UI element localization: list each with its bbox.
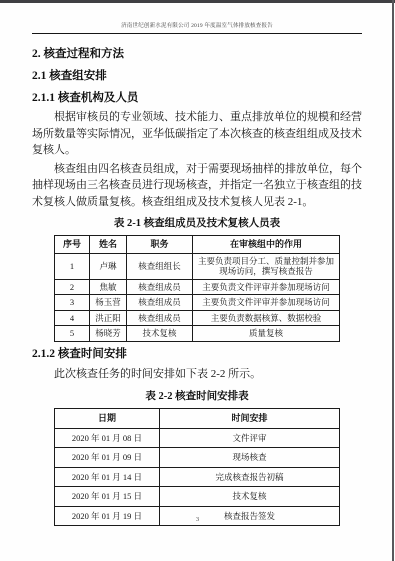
table-header-cell: 日期 [55, 409, 160, 429]
table-header-cell: 序号 [55, 236, 90, 254]
table-cell: 2 [55, 279, 90, 295]
table-cell: 杨晓芳 [90, 326, 127, 342]
table-cell: 主要负责项目分工、质量控制并参加现场访问，撰写核查报告 [193, 253, 340, 279]
table-cell: 杨玉营 [90, 295, 127, 311]
schedule-table: 日期时间安排 2020 年 01 月 08 日文件评审2020 年 01 月 0… [54, 408, 340, 526]
table-cell: 技术复核 [160, 487, 340, 507]
table-cell: 现场核查 [160, 448, 340, 468]
table-cell: 洪正阳 [90, 310, 127, 326]
table-row: 2020 年 01 月 14 日完成核查报告初稿 [55, 467, 340, 487]
table-cell: 核查组成员 [127, 295, 193, 311]
table-cell: 主要负责文件评审并参加现场访问 [193, 295, 340, 311]
table-cell: 4 [55, 310, 90, 326]
heading-section-2: 2. 核查过程和方法 [32, 48, 362, 60]
table-cell: 5 [55, 326, 90, 342]
running-header: 济南世纪创新水泥有限公司 2019 年度温室气体排放核查报告 [32, 21, 362, 29]
table-cell: 完成核查报告初稿 [160, 467, 340, 487]
table-cell: 核查组成员 [127, 310, 193, 326]
table-cell: 1 [55, 253, 90, 279]
paragraph-team-basis: 根据审核员的专业领域、技术能力、重点排放单位的规模和经营场所数量等实际情况，亚华… [32, 109, 362, 159]
table-header-cell: 时间安排 [160, 409, 340, 429]
table-cell: 3 [55, 295, 90, 311]
table-cell: 焦敏 [90, 279, 127, 295]
table-row: 2020 年 01 月 08 日文件评审 [55, 428, 340, 448]
table-row: 2焦敏核查组成员主要负责文件评审并参加现场访问 [55, 279, 340, 295]
table-cell: 主要负责数据核算、数据校验 [193, 310, 340, 326]
table-cell: 技术复核 [127, 326, 193, 342]
table-cell: 2020 年 01 月 15 日 [55, 487, 160, 507]
table1-caption: 表 2-1 核查组成员及技术复核人员表 [32, 218, 362, 230]
table-cell: 核查组成员 [127, 279, 193, 295]
table-row: 2020 年 01 月 09 日现场核查 [55, 448, 340, 468]
table-cell: 卢琳 [90, 253, 127, 279]
header-rule [32, 33, 362, 34]
table-body: 2020 年 01 月 08 日文件评审2020 年 01 月 09 日现场核查… [55, 428, 340, 526]
paragraph-schedule-intro: 此次核查任务的时间安排如下表 2-2 所示。 [32, 366, 362, 383]
table-cell: 2020 年 01 月 08 日 [55, 428, 160, 448]
table-cell: 主要负责文件评审并参加现场访问 [193, 279, 340, 295]
table-body: 1卢琳核查组组长主要负责项目分工、质量控制并参加现场访问，撰写核查报告2焦敏核查… [55, 253, 340, 341]
heading-section-2-1-2: 2.1.2 核查时间安排 [32, 348, 362, 360]
table-cell: 2020 年 01 月 09 日 [55, 448, 160, 468]
table-header-cell: 在审核组中的作用 [193, 236, 340, 254]
heading-section-2-1: 2.1 核查组安排 [32, 70, 362, 82]
page-number: 3 [0, 516, 395, 523]
table-cell: 文件评审 [160, 428, 340, 448]
table-cell: 质量复核 [193, 326, 340, 342]
table-cell: 2020 年 01 月 14 日 [55, 467, 160, 487]
table-header-row: 日期时间安排 [55, 409, 340, 429]
page-content: 济南世纪创新水泥有限公司 2019 年度温室气体排放核查报告 2. 核查过程和方… [32, 0, 362, 526]
table-row: 2020 年 01 月 15 日技术复核 [55, 487, 340, 507]
verification-team-table: 序号姓名职务在审核组中的作用 1卢琳核查组组长主要负责项目分工、质量控制并参加现… [54, 235, 340, 342]
document-page: 济南世纪创新水泥有限公司 2019 年度温室气体排放核查报告 2. 核查过程和方… [0, 0, 395, 561]
table-header-row: 序号姓名职务在审核组中的作用 [55, 236, 340, 254]
table-row: 3杨玉营核查组成员主要负责文件评审并参加现场访问 [55, 295, 340, 311]
paragraph-team-composition: 核查组由四名核查员组成，对于需要现场抽样的排放单位，每个抽样现场由三名核查员进行… [32, 161, 362, 211]
table-header-cell: 姓名 [90, 236, 127, 254]
table-cell: 核查组组长 [127, 253, 193, 279]
page-right-border [392, 0, 394, 561]
table-row: 5杨晓芳技术复核质量复核 [55, 326, 340, 342]
table-row: 1卢琳核查组组长主要负责项目分工、质量控制并参加现场访问，撰写核查报告 [55, 253, 340, 279]
table-row: 4洪正阳核查组成员主要负责数据核算、数据校验 [55, 310, 340, 326]
table2-caption: 表 2-2 核查时间安排表 [32, 391, 362, 403]
heading-section-2-1-1: 2.1.1 核查机构及人员 [32, 92, 362, 104]
table-header-cell: 职务 [127, 236, 193, 254]
